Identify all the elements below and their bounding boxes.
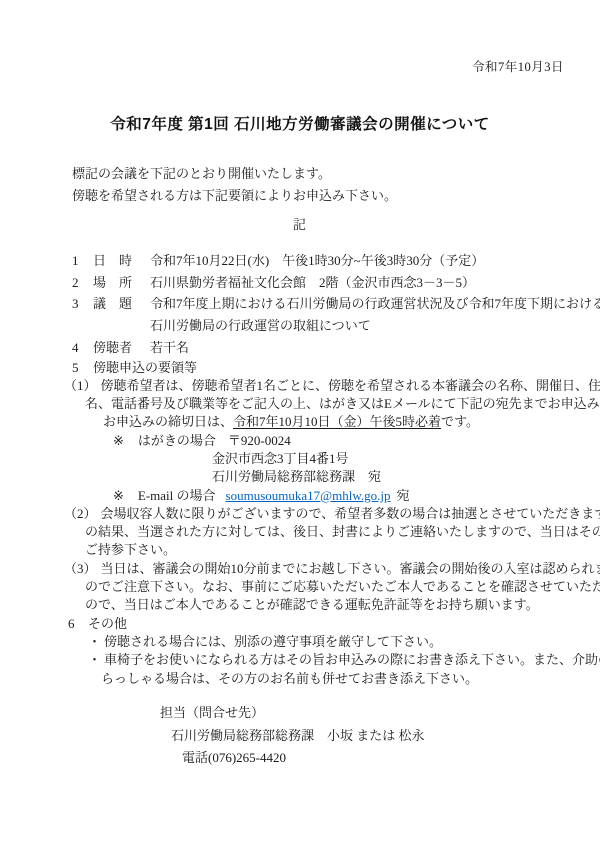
item-datetime: 1日 時令和7年10月22日(水) 午後1時30分~午後3時30分（予定）: [0, 250, 600, 272]
contact-phone: 電話(076)265-4420: [182, 747, 425, 770]
bullet-text: 傍聴される場合には、別添の遵守事項を厳守して下さい。: [104, 634, 442, 649]
item-number: 6: [68, 615, 88, 633]
item-value: 石川県勤労者福祉文化会館 2階（金沢市西念3－3－5）: [150, 275, 475, 290]
paragraph-text: 会場収容人数に限りがございますので、希望者多数の場合は抽選とさせていただきます。…: [101, 506, 600, 521]
paragraph-1-deadline-line: お申込みの締切日は、令和7年10月10日（金）午後5時必着です。: [103, 413, 600, 431]
document-body: 1日 時令和7年10月22日(水) 午後1時30分~午後3時30分（予定） 2場…: [0, 250, 600, 688]
bullet-marker: ・: [88, 652, 101, 667]
paragraph-3-line-1: （3）当日は、審議会の開始10分前までにお越し下さい。審議会の開始後の入室は認め…: [64, 560, 600, 578]
item-label: その他: [88, 616, 127, 631]
deadline-prefix: お申込みの締切日は、: [103, 414, 233, 429]
paragraph-2-line-2: の結果、当選された方に対しては、後日、封書によりご連絡いたしますので、当日はその…: [85, 523, 600, 541]
item-number: 2: [72, 272, 93, 294]
others-bullet-2-line-2: らっしゃる場合は、その方のお名前も併せてお書き添え下さい。: [101, 670, 600, 688]
intro-paragraph: 標記の会議を下記のとおり開催いたします。 傍聴を希望される方は下記要領によりお申…: [72, 163, 397, 207]
record-marker: 記: [0, 214, 600, 233]
postcard-case-line: ※はがきの場合〒920-0024: [113, 432, 600, 450]
postcard-zip: 〒920-0024: [228, 433, 291, 448]
paragraph-text: 傍聴希望者は、傍聴希望者1名ごとに、傍聴を希望される本審議会の名称、開催日、住所…: [101, 378, 600, 393]
email-case-line: ※E-mail の場合soumusoumuka17@mhlw.go.jp宛: [113, 487, 600, 505]
others-bullet-2-line-1: ・車椅子をお使いになられる方はその旨お申込みの際にお書き添え下さい。また、介助の…: [88, 651, 600, 669]
item-others: 6その他: [0, 615, 600, 633]
reference-mark: ※: [113, 433, 124, 448]
others-bullet-1: ・傍聴される場合には、別添の遵守事項を厳守して下さい。: [88, 633, 600, 651]
item-agenda: 3議 題令和7年度上期における石川労働局の行政運営状況及び令和7年度下期における: [0, 293, 600, 315]
item-number: 1: [72, 250, 93, 272]
item-agenda-continuation: 石川労働局の行政運営の取組について: [150, 315, 600, 337]
document-page: 令和7年10月3日 令和7年度 第1回 石川地方労働審議会の開催について 標記の…: [0, 0, 600, 849]
item-value: 令和7年10月22日(水) 午後1時30分~午後3時30分（予定）: [150, 253, 484, 268]
paragraph-number: （1）: [64, 378, 97, 393]
item-label: 傍聴者: [93, 337, 150, 359]
item-label: 場 所: [93, 272, 150, 294]
item-label: 議 題: [93, 293, 150, 315]
email-link[interactable]: soumusoumuka17@mhlw.go.jp: [226, 488, 391, 503]
item-label: 傍聴申込の要領等: [93, 360, 197, 375]
intro-line-1: 標記の会議を下記のとおり開催いたします。: [72, 163, 397, 185]
item-value: 若干名: [150, 340, 189, 355]
intro-line-2: 傍聴を希望される方は下記要領によりお申込み下さい。: [72, 185, 397, 207]
item-place: 2場 所石川県勤労者福祉文化会館 2階（金沢市西念3－3－5）: [0, 272, 600, 294]
paragraph-number: （2）: [64, 506, 97, 521]
paragraph-1-line-2: 名、電話番号及び職業等をご記入の上、はがき又はEメールにて下記の宛先までお申込み…: [85, 395, 600, 413]
document-title: 令和7年度 第1回 石川地方労働審議会の開催について: [0, 112, 600, 134]
contact-block: 担当（問合せ先） 石川労働局総務部総務課 小坂 または 松永 電話(076)26…: [160, 702, 425, 770]
reference-mark: ※: [113, 488, 124, 503]
item-observers: 4傍聴者若干名: [0, 337, 600, 359]
paragraph-2-line-1: （2）会場収容人数に限りがございますので、希望者多数の場合は抽選とさせていただき…: [64, 505, 600, 523]
postcard-label: はがきの場合: [138, 433, 216, 448]
paragraph-number: （3）: [64, 561, 97, 576]
contact-heading: 担当（問合せ先）: [160, 702, 425, 725]
email-label: E-mail の場合: [138, 488, 216, 503]
postcard-address-line-1: 金沢市西念3丁目4番1号: [212, 450, 600, 468]
paragraph-1-line-1: （1）傍聴希望者は、傍聴希望者1名ごとに、傍聴を希望される本審議会の名称、開催日…: [64, 377, 600, 395]
bullet-text: 車椅子をお使いになられる方はその旨お申込みの際にお書き添え下さい。また、介助の方…: [104, 652, 600, 667]
document-date: 令和7年10月3日: [472, 57, 564, 75]
contact-department: 石川労働局総務部総務課 小坂 または 松永: [171, 725, 425, 748]
paragraph-3-line-2: のでご注意下さい。なお、事前にご応募いただいたご本人であることを確認させていただ…: [85, 578, 600, 596]
item-number: 5: [72, 359, 93, 377]
bullet-marker: ・: [88, 634, 101, 649]
paragraph-text: 当日は、審議会の開始10分前までにお越し下さい。審議会の開始後の入室は認められま…: [101, 561, 600, 576]
item-number: 4: [72, 337, 93, 359]
deadline-suffix: です。: [441, 414, 479, 429]
postcard-address-line-2: 石川労働局総務部総務課 宛: [212, 468, 600, 486]
email-suffix: 宛: [397, 488, 410, 503]
deadline-underlined: 令和7年10月10日（金）午後5時必着: [233, 414, 441, 429]
item-number: 3: [72, 293, 93, 315]
item-label: 日 時: [93, 250, 150, 272]
paragraph-2-line-3: ご持参下さい。: [85, 541, 600, 559]
item-application-guidelines: 5傍聴申込の要領等: [0, 359, 600, 377]
item-value: 令和7年度上期における石川労働局の行政運営状況及び令和7年度下期における: [150, 296, 600, 311]
paragraph-3-line-3: ので、当日はご本人であることが確認できる運転免許証等をお持ち願います。: [85, 596, 600, 614]
